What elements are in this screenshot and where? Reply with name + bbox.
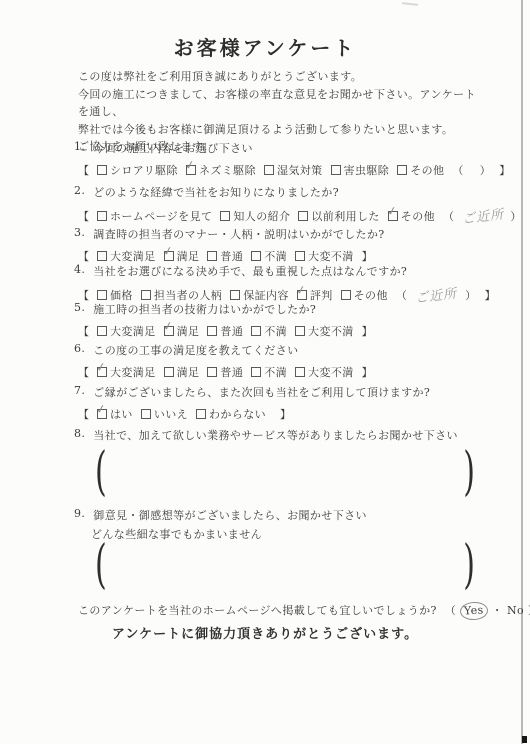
page-title: お客様アンケート [0, 32, 530, 61]
handwritten-note: ご近所 [461, 204, 503, 228]
option-taihen-manzoku: ✓大変満足 [97, 323, 156, 339]
option-label: その他 [401, 208, 435, 224]
checkbox-iie: ✓ [141, 409, 151, 419]
question-text: 1. 今回の施工内容をお選び下さい [74, 140, 504, 156]
option-futsu: ✓普通 [207, 248, 243, 264]
answer-paren-close: ) [463, 540, 475, 593]
option-sonota: ✓その他 [397, 162, 444, 178]
checkbox-shokai: ✓ [220, 211, 230, 221]
intro-line: この度は弊社をご利用頂き誠にありがとうございます。 [78, 68, 478, 86]
intro-line: 今回の施工につきまして、お客様の率直な意見をお聞かせ下さい。アンケートを通し、 [78, 86, 478, 121]
option-label: 湿気対策 [277, 162, 323, 178]
checkbox-shiroari: ✓ [97, 165, 107, 175]
handwritten-check-icon: ✓ [386, 203, 399, 219]
checkbox-taihen-fuman: ✓ [295, 367, 305, 377]
checkbox-fuman: ✓ [251, 367, 261, 377]
option-nezumi-kujo: ✓ネズミ駆除 [186, 162, 256, 178]
checkbox-sonota: ✓ [341, 290, 351, 300]
option-gaichu-kujo: ✓害虫駆除 [331, 162, 390, 178]
checkbox-taihen-fuman: ✓ [295, 251, 305, 261]
checkbox-gaichu: ✓ [331, 165, 341, 175]
options-row: 【 ✓大変満足 ✓満足 ✓普通 ✓不満 ✓大変不満 】 [78, 364, 504, 380]
checkbox-kakaku: ✓ [97, 290, 107, 300]
option-manzoku: ✓満足 [164, 323, 200, 339]
yes-label-circled: Yes [460, 601, 489, 620]
intro-line: 弊社では今後もお客様に御満足頂けるよう活動して参りたいと思います。 [78, 121, 478, 139]
question-subtext: どんな些細な事でもかまいません [91, 526, 504, 542]
answer-area-q9: ( ) [95, 541, 475, 591]
option-label: 満足 [177, 364, 200, 380]
question-8: 8. 当社で、加えて欲しい業務やサービス等がありましたらお聞かせ下さい [74, 427, 504, 443]
options-row: 【 ✓シロアリ駆除 ✓ネズミ駆除 ✓湿気対策 ✓害虫駆除 ✓その他 （）】 [78, 162, 504, 178]
option-label: 普通 [220, 248, 243, 264]
option-label: シロアリ駆除 [110, 162, 178, 178]
scanned-survey-page: お客様アンケート この度は弊社をご利用頂き誠にありがとうございます。 今回の施工… [0, 0, 530, 744]
option-sonota: ✓その他 [388, 208, 435, 224]
question-text: 2. どのような経緯で当社をお知りになりましたか? [74, 184, 504, 200]
checkbox-hai: ✓ [97, 409, 107, 419]
option-manzoku: ✓満足 [164, 248, 200, 264]
handwritten-check-icon: ✓ [161, 318, 174, 334]
option-label: ホームページを見て [110, 208, 212, 224]
question-7: 7. ご縁がございましたら、また次回も当社をご利用して頂けますか? 【 ✓はい … [74, 384, 504, 422]
option-label: 満足 [177, 323, 200, 339]
option-hai: ✓はい [97, 406, 133, 422]
question-text: 3. 調査時の担当者のマナー・人柄・説明はいかがでしたか? [74, 226, 504, 242]
option-label: ネズミ駆除 [199, 162, 256, 178]
answer-paren-close: ) [463, 447, 475, 500]
option-manzoku: ✓満足 [164, 364, 200, 380]
option-label: 普通 [220, 364, 243, 380]
handwritten-check-icon: ✓ [95, 359, 108, 375]
question-6: 6. この度の工事の満足度を教えてください 【 ✓大変満足 ✓満足 ✓普通 ✓不… [74, 342, 504, 380]
option-fuman: ✓不満 [251, 248, 287, 264]
option-wakaranai: ✓わからない [196, 406, 266, 422]
option-futsu: ✓普通 [207, 364, 243, 380]
scan-smudge-artifact [402, 2, 418, 6]
option-label: 不満 [264, 364, 287, 380]
checkbox-fuman: ✓ [251, 251, 261, 261]
option-label: 大変不満 [308, 323, 354, 339]
option-label: いいえ [154, 406, 188, 422]
option-label: 不満 [264, 248, 287, 264]
question-text: 6. この度の工事の満足度を教えてください [74, 342, 504, 358]
options-row: 【 ✓大変満足 ✓満足 ✓普通 ✓不満 ✓大変不満 】 [78, 323, 504, 339]
question-text: 7. ご縁がございましたら、また次回も当社をご利用して頂けますか? [74, 384, 504, 400]
checkbox-futsu: ✓ [207, 326, 217, 336]
option-label: その他 [410, 162, 444, 178]
thanks-message: アンケートに御協力頂きありがとうございます。 [0, 623, 530, 642]
option-fuman: ✓不満 [251, 364, 287, 380]
option-label: 害虫駆除 [344, 162, 390, 178]
checkbox-futsu: ✓ [207, 251, 217, 261]
checkbox-futsu: ✓ [207, 367, 217, 377]
checkbox-wakaranai: ✓ [196, 409, 206, 419]
checkbox-taihen-manzoku: ✓ [97, 326, 107, 336]
option-label: 大変不満 [308, 364, 354, 380]
handwritten-check-icon: ✓ [295, 282, 308, 298]
checkbox-hyoban: ✓ [297, 290, 307, 300]
question-9: 9. 御意見・御感想等がございましたら、お聞かせ下さい どんな些細な事でもかまい… [74, 507, 504, 542]
option-taihen-fuman: ✓大変不満 [295, 323, 354, 339]
answer-paren-open: ( [95, 540, 107, 593]
publish-consent-line: このアンケートを当社のホームページへ掲載しても宜しいでしょうか? （ Yes ・… [78, 602, 498, 620]
option-iie: ✓いいえ [141, 406, 188, 422]
checkbox-hitogara: ✓ [141, 290, 151, 300]
question-1: 1. 今回の施工内容をお選び下さい 【 ✓シロアリ駆除 ✓ネズミ駆除 ✓湿気対策… [74, 140, 504, 178]
checkbox-taihen-manzoku: ✓ [97, 367, 107, 377]
checkbox-izen-riyo: ✓ [298, 211, 308, 221]
option-fuman: ✓不満 [251, 323, 287, 339]
option-label: 大変満足 [110, 364, 156, 380]
option-taihen-manzoku: ✓大変満足 [97, 364, 156, 380]
question-4: 4. 当社をお選びになる決め手で、最も重視した点はなんですか? 【 ✓価格 ✓担… [74, 263, 504, 304]
question-text: 4. 当社をお選びになる決め手で、最も重視した点はなんですか? [74, 263, 504, 279]
option-label: 以前利用した [311, 208, 379, 224]
option-label: 不満 [264, 323, 287, 339]
scan-corner-artifact [522, 736, 527, 743]
option-futsu: ✓普通 [207, 323, 243, 339]
no-label: No [507, 604, 524, 617]
option-shikke-taisaku: ✓湿気対策 [264, 162, 323, 178]
question-text: 8. 当社で、加えて欲しい業務やサービス等がありましたらお聞かせ下さい [74, 427, 504, 443]
question-2: 2. どのような経緯で当社をお知りになりましたか? 【 ✓ホームページを見て ✓… [74, 184, 504, 225]
checkbox-fuman: ✓ [251, 326, 261, 336]
checkbox-taihen-fuman: ✓ [295, 326, 305, 336]
question-3: 3. 調査時の担当者のマナー・人柄・説明はいかがでしたか? 【 ✓大変満足 ✓満… [74, 226, 504, 264]
question-text: 9. 御意見・御感想等がございましたら、お聞かせ下さい [74, 507, 504, 523]
checkbox-nezumi: ✓ [186, 165, 196, 175]
publish-question: このアンケートを当社のホームページへ掲載しても宜しいでしょうか? [78, 604, 437, 617]
checkbox-hosho: ✓ [230, 290, 240, 300]
answer-paren-open: ( [95, 447, 107, 500]
options-row: 【 ✓はい ✓いいえ ✓わからない 】 [78, 406, 504, 422]
option-homepage: ✓ホームページを見て [97, 208, 212, 224]
handwritten-check-icon: ✓ [184, 157, 197, 173]
checkbox-manzoku: ✓ [164, 251, 174, 261]
option-shokai: ✓知人の紹介 [220, 208, 290, 224]
checkbox-taihen-manzoku: ✓ [97, 251, 107, 261]
option-izen-riyo: ✓以前利用した [298, 208, 379, 224]
checkbox-homepage: ✓ [97, 211, 107, 221]
question-text: 5. 施工時の担当者の技術力はいかがでしたか? [74, 301, 504, 317]
option-label: 大変満足 [110, 323, 156, 339]
option-shiroari-kujo: ✓シロアリ駆除 [97, 162, 178, 178]
checkbox-manzoku: ✓ [164, 326, 174, 336]
option-label: 知人の紹介 [233, 208, 290, 224]
option-taihen-fuman: ✓大変不満 [295, 364, 354, 380]
option-label: 大変不満 [308, 248, 354, 264]
options-row: 【 ✓大変満足 ✓満足 ✓普通 ✓不満 ✓大変不満 】 [78, 248, 504, 264]
option-label: はい [110, 406, 133, 422]
option-label: 満足 [177, 248, 200, 264]
answer-area-q8: ( ) [95, 448, 475, 498]
handwritten-check-icon: ✓ [95, 401, 108, 417]
options-row: 【 ✓ホームページを見て ✓知人の紹介 ✓以前利用した ✓その他 （ご近所） 】 [78, 206, 504, 225]
checkbox-manzoku: ✓ [164, 367, 174, 377]
checkbox-sonota: ✓ [388, 211, 398, 221]
checkbox-sonota: ✓ [397, 165, 407, 175]
option-label: わからない [209, 406, 266, 422]
question-5: 5. 施工時の担当者の技術力はいかがでしたか? 【 ✓大変満足 ✓満足 ✓普通 … [74, 301, 504, 339]
yes-no-choice: （ Yes ・ No ） [445, 604, 530, 617]
checkbox-shikke: ✓ [264, 165, 274, 175]
option-label: 大変満足 [110, 248, 156, 264]
option-taihen-manzoku: ✓大変満足 [97, 248, 156, 264]
handwritten-check-icon: ✓ [161, 243, 174, 259]
option-label: 普通 [220, 323, 243, 339]
option-taihen-fuman: ✓大変不満 [295, 248, 354, 264]
